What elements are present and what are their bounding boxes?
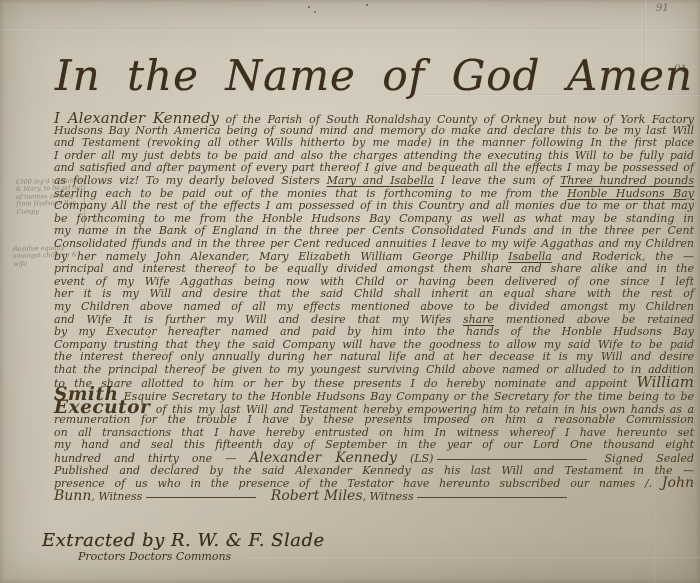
manuscript-text: I order all my just debts to be paid and… bbox=[54, 149, 694, 162]
document-footer: Extracted by R. W. & F. Slade Proctors D… bbox=[42, 530, 325, 563]
manuscript-text: as follows viz! To my dearly beloved Sis… bbox=[54, 174, 327, 187]
document-title: In the Name of God Amen bbox=[55, 46, 693, 108]
manuscript-text: by her namely John Alexander, Mary Eliza… bbox=[54, 250, 508, 263]
manuscript-text: share bbox=[463, 313, 494, 326]
manuscript-text: my name in the Bank of England in the th… bbox=[54, 224, 694, 237]
paper-specks bbox=[308, 6, 310, 8]
manuscript-text: Isabella bbox=[508, 250, 552, 263]
manuscript-text: and satisfied and after payment of every… bbox=[54, 161, 694, 174]
manuscript-text: remuneration for the trouble I have by t… bbox=[54, 413, 694, 426]
signature-rule bbox=[146, 497, 256, 498]
page-number: 91 bbox=[656, 3, 669, 14]
manuscript-text: and Roderick, the — bbox=[552, 250, 694, 263]
manuscript-text bbox=[260, 490, 271, 503]
proctors-line: Proctors Doctors Commons bbox=[78, 550, 325, 563]
paper-crease bbox=[20, 340, 22, 580]
manuscript-page: 91 91 £300 leg'd to Isabella & Mary, to … bbox=[0, 0, 700, 583]
manuscript-text: her it is my Will and desire that the sa… bbox=[54, 287, 694, 300]
manuscript-text: mentioned above be retained bbox=[494, 313, 694, 326]
signature-text: Bunn bbox=[54, 488, 91, 504]
manuscript-text: the interest thereof only annually durin… bbox=[54, 350, 694, 363]
manuscript-text: Three hundred pounds bbox=[560, 174, 694, 187]
manuscript-text: that the principal thereof be given to m… bbox=[54, 363, 694, 376]
signature-text: Robert Miles bbox=[271, 488, 363, 504]
manuscript-line: presence of us who in the presence of th… bbox=[54, 477, 694, 490]
signature-rule bbox=[437, 459, 587, 460]
manuscript-text: on all transactions that I have hereby e… bbox=[54, 426, 694, 439]
manuscript-text: and Testament (revoking all other Wills … bbox=[54, 136, 694, 149]
manuscript-line: that the principal thereof be given to m… bbox=[54, 364, 694, 377]
manuscript-text: I leave the sum of bbox=[434, 174, 560, 187]
manuscript-text: my Children above named of all my effect… bbox=[54, 300, 694, 313]
manuscript-text: Mary and Isabella bbox=[327, 174, 434, 187]
manuscript-text: be forthcoming to me from the Honble Hud… bbox=[54, 212, 694, 225]
extracted-by-line: Extracted by R. W. & F. Slade bbox=[42, 530, 325, 551]
manuscript-text: Honble Hudsons Bay bbox=[567, 187, 694, 200]
manuscript-body: I Alexander Kennedy of the Parish of Sou… bbox=[54, 112, 694, 502]
manuscript-text: by my Executor hereafter named and paid … bbox=[54, 325, 694, 338]
manuscript-text: sterling each to be paid out of the moni… bbox=[54, 187, 567, 200]
signature-rule bbox=[417, 497, 567, 498]
manuscript-text: , Witness bbox=[91, 490, 142, 503]
manuscript-text: , Witness bbox=[363, 490, 414, 503]
manuscript-text: Company trusting that they the said Comp… bbox=[54, 338, 694, 351]
manuscript-line: to the share allotted to him or her by t… bbox=[54, 376, 694, 389]
manuscript-text: Hudsons Bay North America being of sound… bbox=[54, 124, 694, 137]
manuscript-text: principal and interest thereof to be equ… bbox=[54, 262, 694, 275]
signature-text: John bbox=[662, 475, 694, 491]
manuscript-text: Company All the rest of the effects I am… bbox=[54, 199, 694, 212]
manuscript-line: Published and declared by the said Alexa… bbox=[54, 465, 694, 478]
manuscript-line: Bunn, Witness Robert Miles, Witness bbox=[54, 490, 694, 503]
manuscript-text: event of my Wife Aggathas being now with… bbox=[54, 275, 694, 288]
manuscript-text: Consolidated ffunds and in the three per… bbox=[54, 237, 694, 250]
manuscript-text: Published and declared by the said Alexa… bbox=[54, 464, 694, 477]
paper-crease bbox=[0, 28, 700, 30]
manuscript-text: and Wife It is further my Will and desir… bbox=[54, 313, 463, 326]
